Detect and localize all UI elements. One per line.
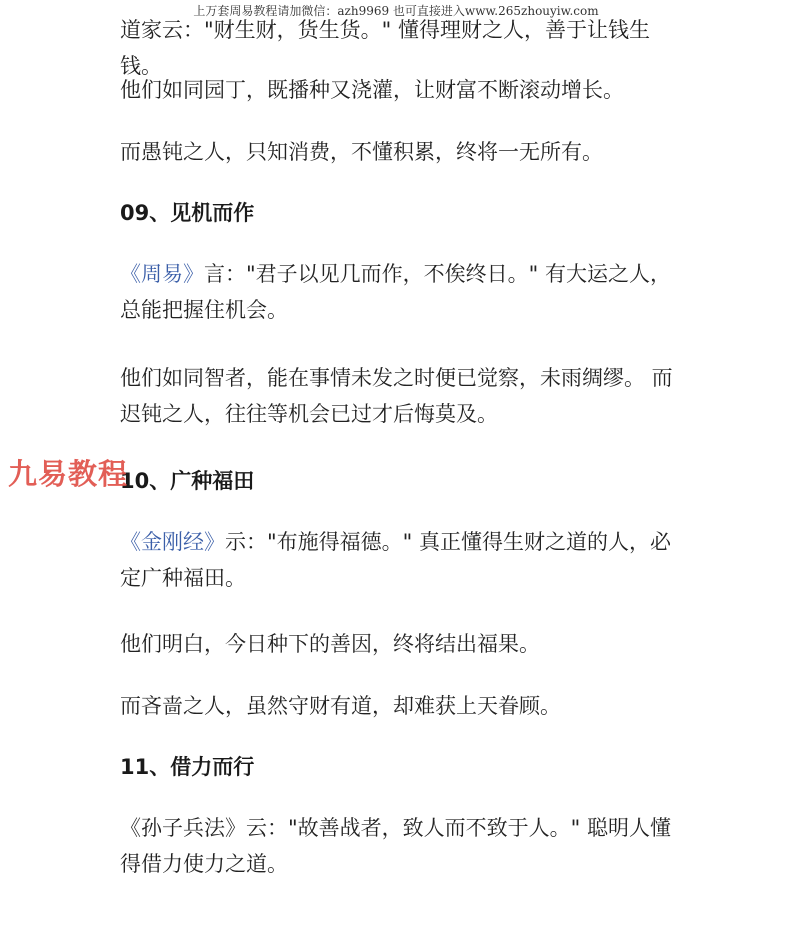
brand-watermark: 九易教程 bbox=[8, 452, 128, 493]
paragraph: 他们如同园丁，既播种又浇灌，让财富不断滚动增长。 bbox=[120, 72, 690, 108]
book-title-link[interactable]: 《周易》 bbox=[120, 262, 204, 286]
section-heading: 11、借力而行 bbox=[120, 752, 254, 782]
watermark-banner: 上万套周易教程请加微信：azh9969 也可直接进入www.265zhouyiw… bbox=[0, 4, 792, 18]
book-title-link[interactable]: 《金刚经》 bbox=[120, 530, 225, 554]
paragraph: 而愚钝之人，只知消费，不懂积累，终将一无所有。 bbox=[120, 134, 690, 170]
paragraph: 而吝啬之人，虽然守财有道，却难获上天眷顾。 bbox=[120, 688, 690, 724]
quote-paragraph: 《周易》言："君子以见几而作，不俟终日。" 有大运之人，总能把握住机会。 bbox=[120, 256, 690, 328]
book-title: 《孙子兵法》 bbox=[120, 816, 246, 840]
section-heading: 09、见机而作 bbox=[120, 198, 254, 228]
quote-paragraph: 《金刚经》示："布施得福德。" 真正懂得生财之道的人，必定广种福田。 bbox=[120, 524, 690, 596]
paragraph: 他们如同智者，能在事情未发之时便已觉察，未雨绸缪。 而迟钝之人，往往等机会已过才… bbox=[120, 360, 690, 432]
section-heading: 10、广种福田 bbox=[120, 466, 254, 496]
quote-paragraph: 《孙子兵法》云："故善战者，致人而不致于人。" 聪明人懂得借力使力之道。 bbox=[120, 810, 690, 882]
paragraph: 他们明白，今日种下的善因，终将结出福果。 bbox=[120, 626, 690, 662]
